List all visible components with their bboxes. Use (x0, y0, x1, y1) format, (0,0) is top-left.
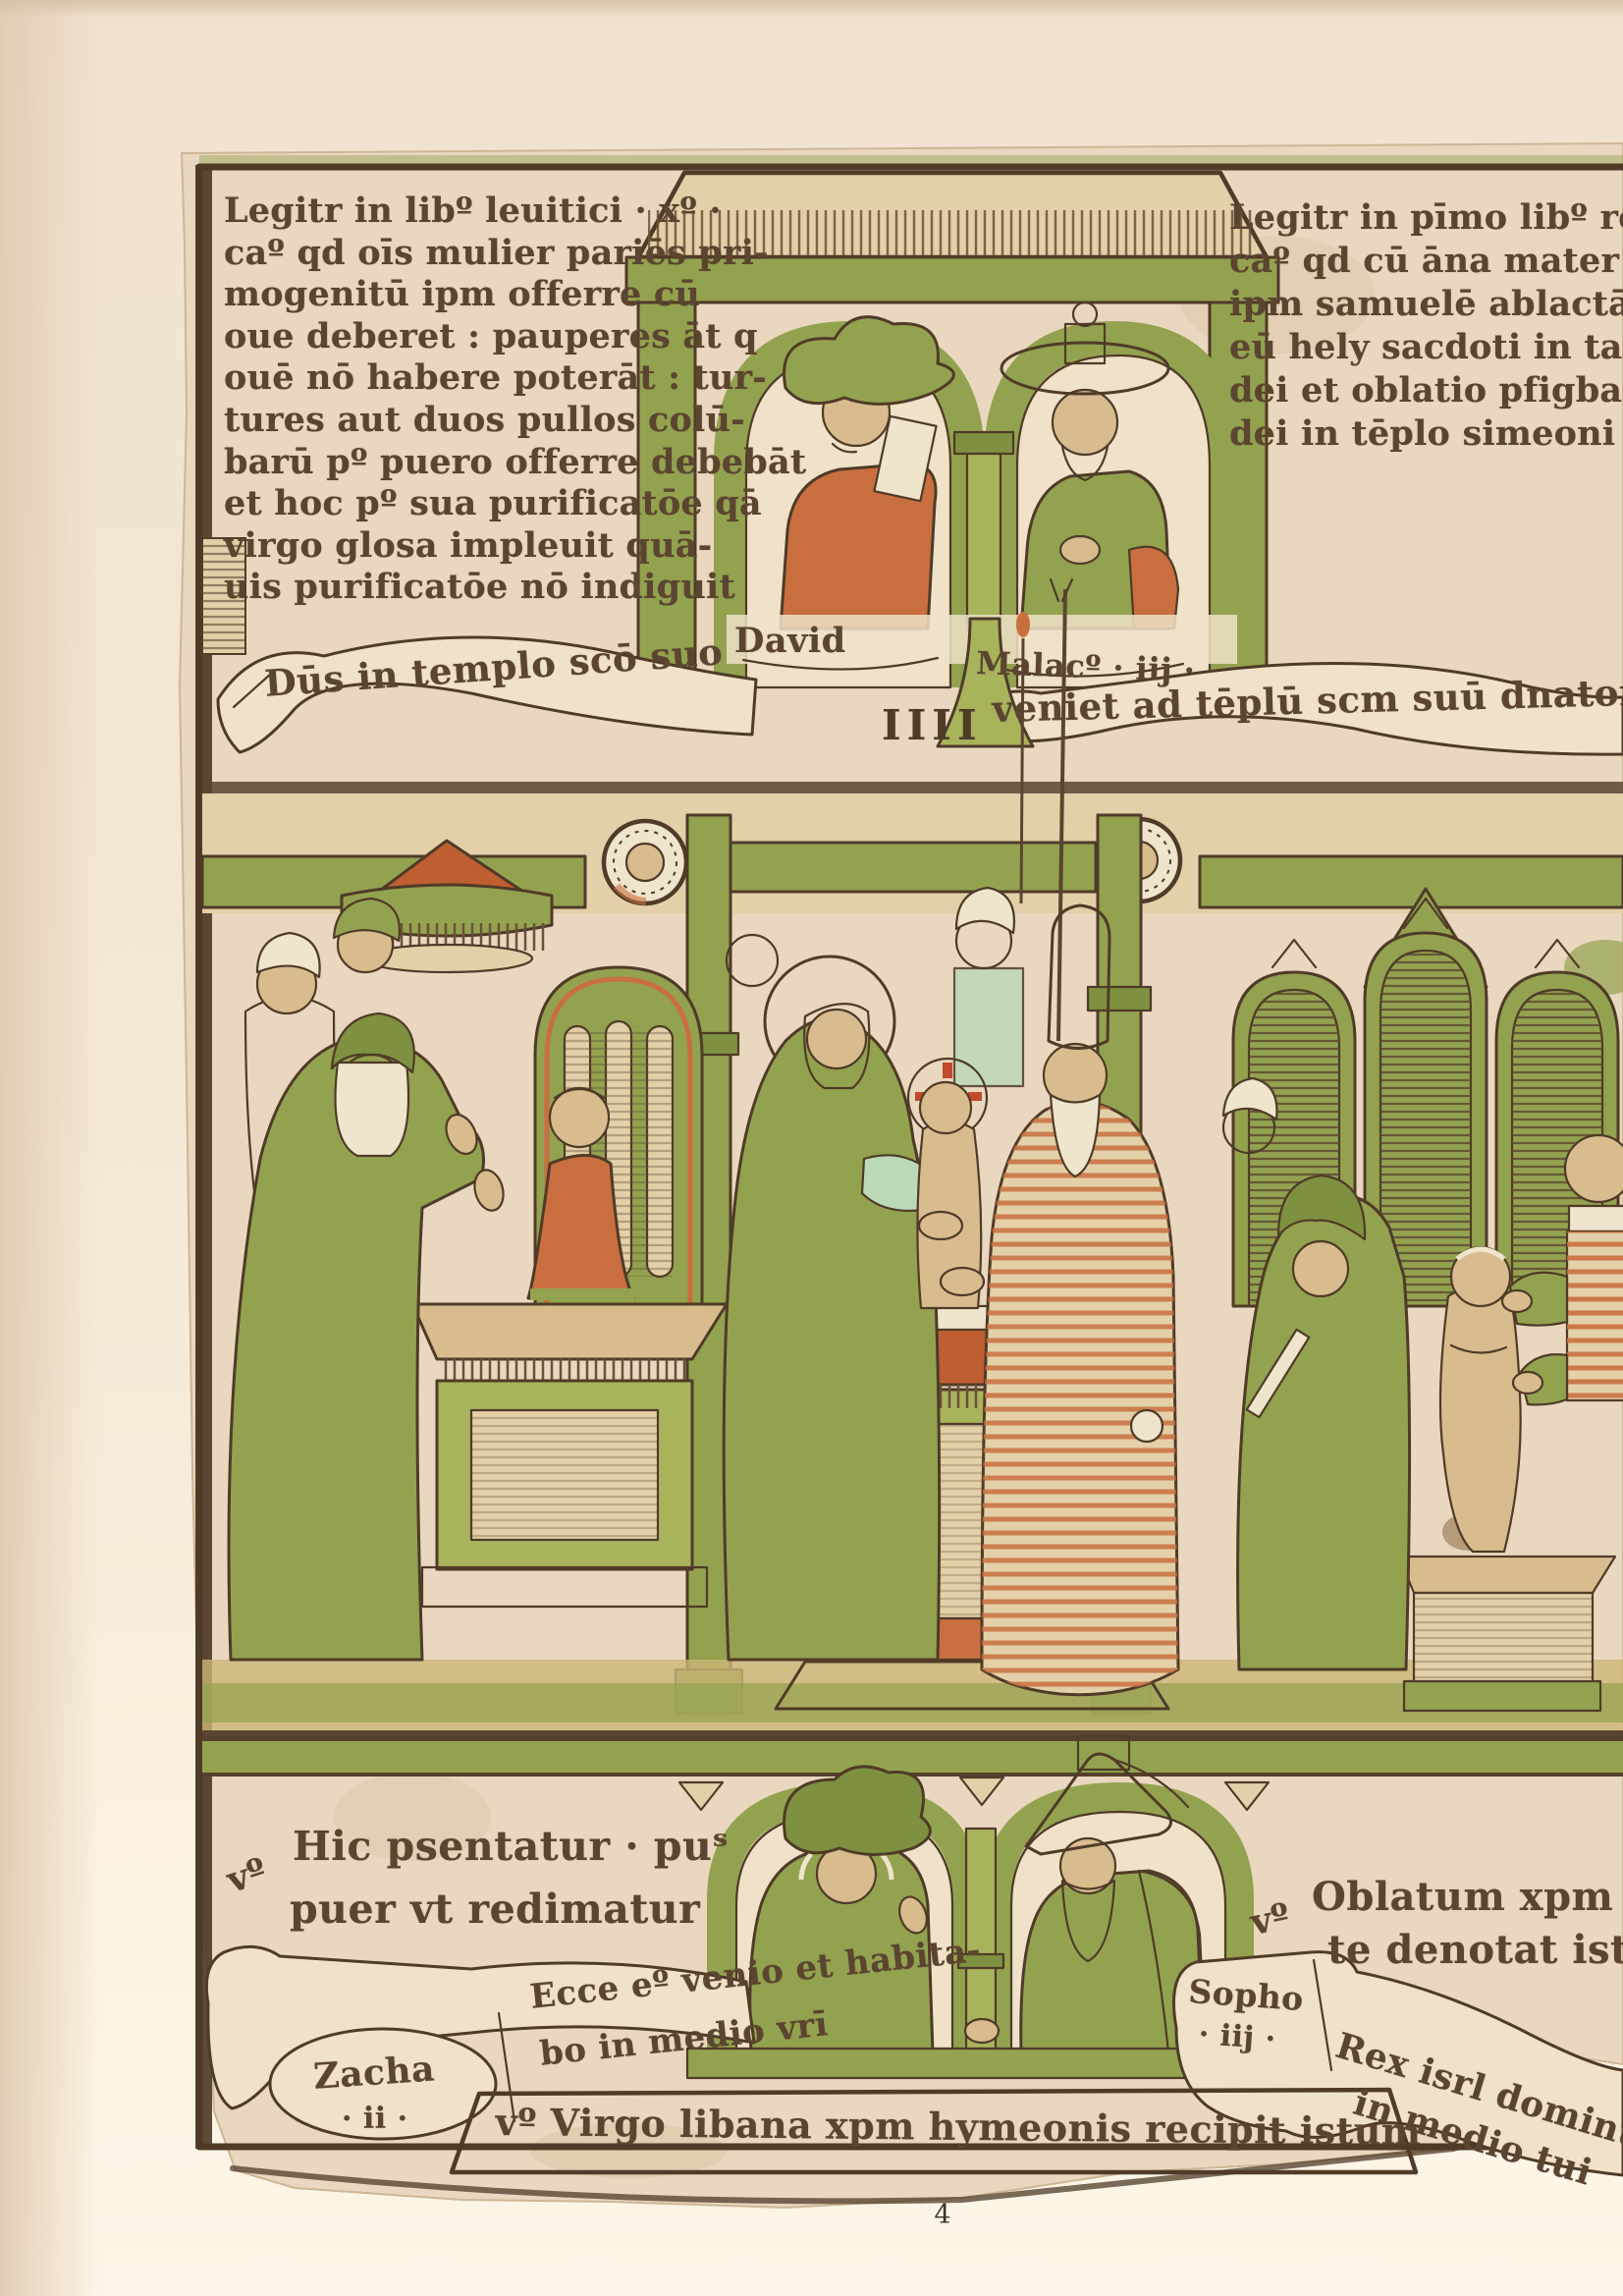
lesson-right-line: eū hely sacdoti in taberna (1229, 326, 1623, 369)
lesson-left-line: et hoc pº sua purificatōe qā (224, 483, 806, 525)
lesson-right-line: Legitr in pīmo libº reg (1229, 196, 1623, 240)
lesson-left: Legitr in libº leuitici · xº · caº qd oī… (224, 191, 806, 609)
draped-chest (412, 1304, 727, 1607)
lesson-left-line: mogenitū ipm offerre cū (224, 274, 806, 316)
label-zacharias-2: · ii · (342, 2102, 408, 2136)
lesson-left-line: caº qd oīs mulier pariēs pri- (224, 233, 806, 275)
lesson-right: Legitr in pīmo libº reg caº qd cū āna ma… (1229, 196, 1623, 456)
label-sophonias-2: · iij · (1198, 2017, 1277, 2056)
scroll-center-text: vº Virgo libana xpm hymeonis recipit ist… (496, 2100, 1389, 2154)
lesson-right-line: dei in tēplo simeoni fcām (1229, 412, 1623, 456)
verse-right-marker: vº (1247, 1895, 1294, 1943)
lesson-left-line: tures aut duos pullos colū- (224, 400, 806, 442)
verse-right-line2: te denotat istū (1327, 1927, 1623, 1973)
lesson-left-line: Legitr in libº leuitici · xº · (224, 191, 806, 233)
plate-numeral: IIII (882, 701, 983, 749)
lesson-left-line: ouē nō habere poterāt : tur- (224, 357, 806, 400)
lesson-right-line: ipm samuelē ablactās obt (1229, 283, 1623, 326)
scene-right-samuel-type (1223, 889, 1623, 1711)
lesson-left-line: virgo glosa impleuit quā- (224, 525, 806, 568)
lesson-left-line: oue deberet : pauperes āt q (224, 316, 806, 358)
rosette-boss-left (604, 821, 686, 903)
lesson-right-line: dei et oblatio pfigbat oblat (1229, 369, 1623, 412)
lesson-left-line: uis purificatōe nō indiguit (224, 567, 806, 609)
side-altar (1399, 1557, 1615, 1711)
verse-left-line1: Hic psentatur · puˢ (293, 1823, 729, 1870)
label-david: David (734, 621, 846, 661)
scanned-page: Legitr in libº leuitici · xº · caº qd oī… (0, 0, 1623, 2296)
lesson-left-line: barū pº puero offerre debebāt (224, 442, 806, 484)
lesson-right-line: caº qd cū āna mater samue (1229, 240, 1623, 283)
verse-right-line1: Oblatum xpm samu (1312, 1874, 1623, 1920)
label-sophonias-1: Sopho (1187, 1972, 1305, 2018)
label-zacharias-1: Zacha (312, 2048, 436, 2098)
verse-left-line2: puer vt redimatur (290, 1886, 700, 1933)
page-number: 4 (913, 2200, 972, 2230)
